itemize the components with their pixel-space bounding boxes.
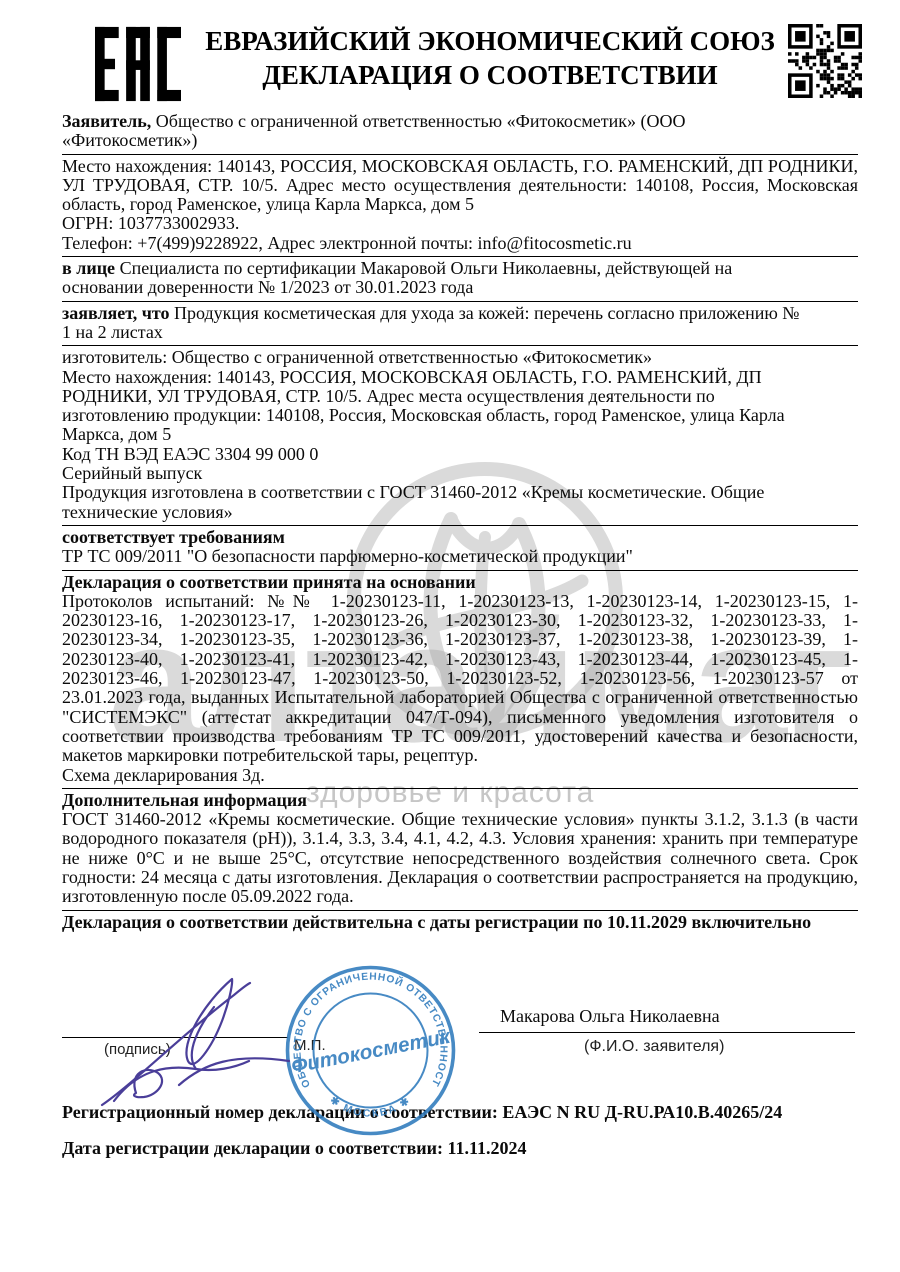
- additional-info-label: Дополнительная информация: [62, 791, 858, 810]
- applicant-name-caption: (Ф.И.О. заявителя): [584, 1038, 724, 1056]
- manufacturer-line: Место нахождения: 140143, РОССИЯ, МОСКОВ…: [62, 368, 858, 387]
- declares-label: заявляет, что: [62, 303, 170, 323]
- manufacturer-line: Продукция изготовлена в соответствии с Г…: [62, 483, 858, 502]
- representative-label: в лице: [62, 258, 115, 278]
- document-body: Заявитель, Общество с ограниченной ответ…: [62, 110, 858, 935]
- declaration-document: алтаймаг здоровье и красота ЕВРАЗИЙСКИЙ …: [0, 0, 900, 1272]
- declares-line: заявляет, что Продукция косметическая дл…: [62, 304, 858, 323]
- title-line-union: ЕВРАЗИЙСКИЙ ЭКОНОМИЧЕСКИЙ СОЮЗ: [200, 24, 780, 58]
- validity-text: Декларация о соответствии действительна …: [62, 913, 858, 932]
- qr-code: [788, 24, 862, 98]
- representative-text: Специалиста по сертификации Макаровой Ол…: [115, 258, 732, 278]
- applicant-address-text: Место нахождения: 140143, РОССИЯ, МОСКОВ…: [62, 157, 858, 215]
- basis-label: Декларация о соответствии принята на осн…: [62, 573, 858, 592]
- additional-info-text: ГОСТ 31460-2012 «Кремы косметические. Об…: [62, 810, 858, 906]
- applicant-phone-text: Телефон: +7(499)9228922, Адрес электронн…: [62, 234, 858, 253]
- declares-line: 1 на 2 листах: [62, 323, 858, 342]
- registration-date-line: Дата регистрации декларации о соответств…: [62, 1138, 858, 1159]
- company-stamp: ОБЩЕСТВО С ОГРАНИЧЕННОЙ ОТВЕТСТВЕННОСТЬЮ…: [283, 963, 458, 1138]
- declares-text: Продукция косметическая для ухода за кож…: [170, 303, 800, 323]
- compliance-label: соответствует требованиям: [62, 528, 858, 547]
- section-validity: Декларация о соответствии действительна …: [62, 911, 858, 935]
- section-representative: в лице Специалиста по сертификации Макар…: [62, 257, 858, 302]
- section-applicant: Заявитель, Общество с ограниченной ответ…: [62, 110, 858, 155]
- manufacturer-line: изготовитель: Общество с ограниченной от…: [62, 348, 858, 367]
- basis-protocols-text: Протоколов испытаний: №№ 1-20230123-11, …: [62, 592, 858, 766]
- basis-scheme-text: Схема декларирования 3д.: [62, 766, 858, 785]
- manufacturer-line: Маркса, дом 5: [62, 425, 858, 444]
- representative-line: в лице Специалиста по сертификации Макар…: [62, 259, 858, 278]
- section-manufacturer: изготовитель: Общество с ограниченной от…: [62, 346, 858, 526]
- representative-line: основании доверенности № 1/2023 от 30.01…: [62, 278, 858, 297]
- section-applicant-address: Место нахождения: 140143, РОССИЯ, МОСКОВ…: [62, 155, 858, 257]
- manufacturer-line: Код ТН ВЭД ЕАЭС 3304 99 000 0: [62, 445, 858, 464]
- applicant-line: «Фитокосметик»): [62, 131, 858, 150]
- compliance-text: ТР ТС 009/2011 "О безопасности парфюмерн…: [62, 547, 858, 566]
- section-compliance: соответствует требованиям ТР ТС 009/2011…: [62, 526, 858, 571]
- stamp-brand-text: Фитокосметик: [289, 1025, 453, 1079]
- applicant-ogrn-text: ОГРН: 1037733002933.: [62, 214, 858, 233]
- manufacturer-line: РОДНИКИ, УЛ ТРУДОВАЯ, СТР. 10/5. Адрес м…: [62, 387, 858, 406]
- document-title: ЕВРАЗИЙСКИЙ ЭКОНОМИЧЕСКИЙ СОЮЗ ДЕКЛАРАЦИ…: [200, 24, 780, 92]
- title-line-declaration: ДЕКЛАРАЦИЯ О СООТВЕТСТВИИ: [200, 58, 780, 92]
- applicant-name-text: Общество с ограниченной ответственностью…: [151, 111, 685, 131]
- manufacturer-line: изготовлению продукции: 140108, Россия, …: [62, 406, 858, 425]
- document-header: ЕВРАЗИЙСКИЙ ЭКОНОМИЧЕСКИЙ СОЮЗ ДЕКЛАРАЦИ…: [0, 22, 900, 110]
- manufacturer-line: Серийный выпуск: [62, 464, 858, 483]
- applicant-line: Заявитель, Общество с ограниченной ответ…: [62, 112, 858, 131]
- manufacturer-line: технические условия»: [62, 503, 858, 522]
- section-declares: заявляет, что Продукция косметическая дл…: [62, 302, 858, 347]
- applicant-name-line: [479, 1032, 855, 1033]
- eac-mark-logo: [95, 26, 181, 102]
- handwritten-signature: [84, 973, 299, 1113]
- applicant-label: Заявитель,: [62, 111, 151, 131]
- applicant-full-name: Макарова Ольга Николаевна: [500, 1006, 720, 1027]
- section-additional-info: Дополнительная информация ГОСТ 31460-201…: [62, 789, 858, 911]
- section-basis: Декларация о соответствии принята на осн…: [62, 571, 858, 789]
